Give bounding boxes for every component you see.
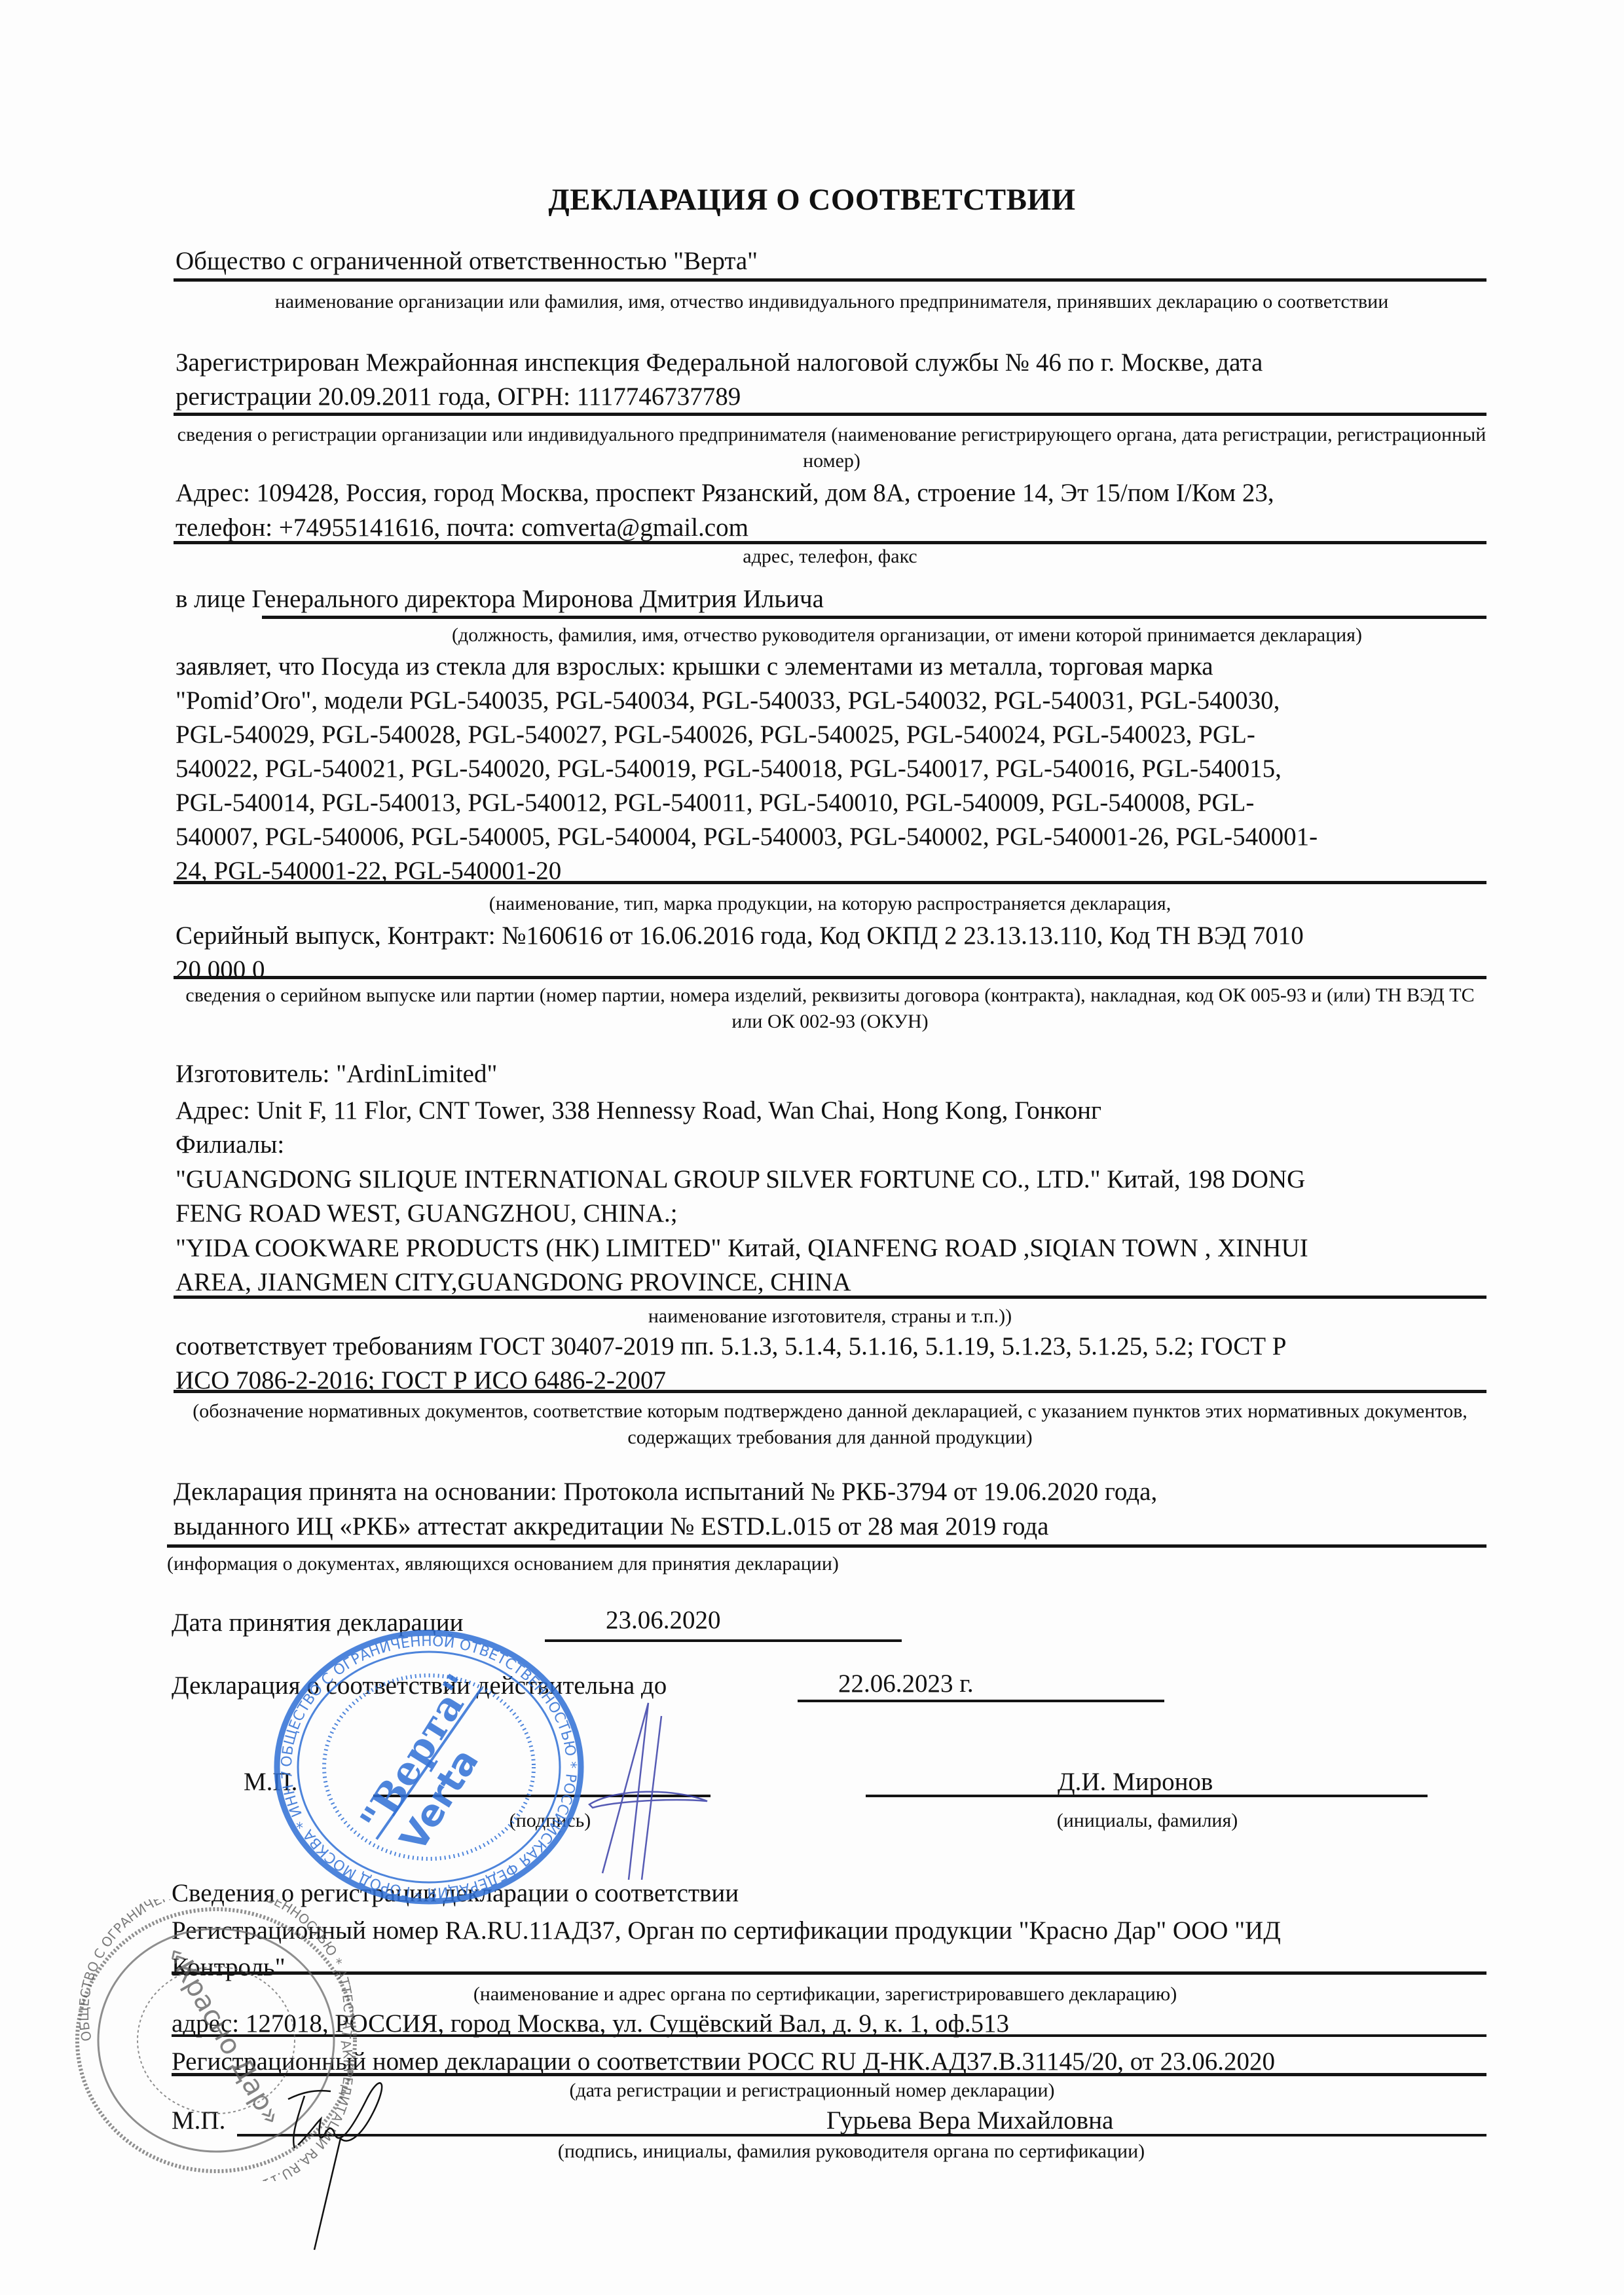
registration-body-line2: Контроль" — [172, 1950, 286, 1985]
branches-label: Филиалы: — [175, 1128, 284, 1162]
divider — [174, 1390, 1486, 1393]
applicant-name-caption: (инициалы, фамилия) — [997, 1808, 1298, 1834]
declaration-page: ДЕКЛАРАЦИЯ О СООТВЕТСТВИИ Общество с огр… — [0, 0, 1624, 2295]
divider — [167, 1544, 1486, 1548]
basis-line1: Декларация принята на основании: Протоко… — [174, 1475, 1157, 1509]
manufacturer-address: Адрес: Unit F, 11 Flor, CNT Tower, 338 H… — [175, 1094, 1101, 1128]
divider — [172, 1971, 1486, 1975]
divider — [174, 976, 1486, 979]
divider — [174, 413, 1486, 416]
product-line: PGL-540014, PGL-540013, PGL-540012, PGL-… — [175, 786, 1254, 820]
serial-caption: сведения о серийном выпуске или партии (… — [174, 982, 1486, 1035]
serial-line1: Серийный выпуск, Контракт: №160616 от 16… — [175, 919, 1304, 953]
divider — [262, 616, 1486, 619]
basis-line2: выданного ИЦ «РКБ» аттестат аккредитации… — [174, 1510, 1049, 1544]
svg-text:Verta: Verta — [392, 1742, 487, 1859]
certification-mp: М.П. — [172, 2104, 225, 2138]
accepted-date-line — [545, 1639, 902, 1642]
represented-by-caption: (должность, фамилия, имя, отчество руков… — [327, 622, 1486, 648]
branch1-line2: FENG ROAD WEST, GUANGZHOU, CHINA.; — [175, 1197, 678, 1231]
certification-head-caption: (подпись, инициалы, фамилия руководителя… — [458, 2138, 1244, 2165]
accepted-date-value: 23.06.2020 — [606, 1603, 721, 1637]
applicant-signature-icon — [511, 1690, 727, 1886]
branch2-line1: "YIDA COOKWARE PRODUCTS (HK) LIMITED" Ки… — [175, 1231, 1308, 1265]
valid-until-value: 22.06.2023 г. — [838, 1667, 974, 1701]
applicant-registration-caption: сведения о регистрации организации или и… — [177, 422, 1486, 474]
product-line: PGL-540029, PGL-540028, PGL-540027, PGL-… — [175, 718, 1255, 752]
product-line: 540022, PGL-540021, PGL-540020, PGL-5400… — [175, 752, 1282, 786]
branch2-line2: AREA, JIANGMEN CITY,GUANGDONG PROVINCE, … — [175, 1265, 851, 1299]
declaration-registration-caption: (дата регистрации и регистрационный номе… — [524, 2078, 1100, 2104]
accepted-date-label: Дата принятия декларации — [172, 1606, 463, 1640]
branch1-line1: "GUANGDONG SILIQUE INTERNATIONAL GROUP S… — [175, 1163, 1305, 1197]
divider — [174, 278, 1486, 282]
applicant-name-caption: наименование организации или фамилия, им… — [196, 289, 1467, 315]
applicant-address-line2: телефон: +74955141616, почта: comverta@g… — [175, 511, 748, 545]
applicant-address-caption: адрес, телефон, факс — [174, 544, 1486, 570]
applicant-address-line1: Адрес: 109428, Россия, город Москва, про… — [175, 476, 1274, 510]
basis-caption: (информация о документах, являющихся осн… — [167, 1551, 1018, 1577]
divider — [172, 2034, 1486, 2037]
applicant-name-line — [866, 1795, 1428, 1797]
standards-line1: соответствует требованиям ГОСТ 30407-201… — [175, 1330, 1286, 1364]
applicant-registration-line2: регистрации 20.09.2011 года, ОГРН: 11177… — [175, 380, 741, 414]
divider — [174, 1296, 1486, 1299]
product-line: "Pomid’Oro", модели PGL-540035, PGL-5400… — [175, 684, 1280, 718]
product-line: заявляет, что Посуда из стекла для взрос… — [175, 650, 1213, 684]
product-line: 540007, PGL-540006, PGL-540005, PGL-5400… — [175, 820, 1318, 854]
certification-head-name: Гурьева Вера Михайловна — [826, 2104, 1113, 2138]
manufacturer-name: Изготовитель: "ArdinLimited" — [175, 1057, 497, 1091]
certification-signature-icon — [275, 2073, 445, 2256]
applicant-registration-line1: Зарегистрирован Межрайонная инспекция Фе… — [175, 346, 1263, 380]
registration-body-line1: Регистрационный номер RA.RU.11АД37, Орга… — [172, 1914, 1281, 1948]
standards-caption: (обозначение нормативных документов, соо… — [174, 1398, 1486, 1451]
represented-by: в лице Генерального директора Миронова Д… — [175, 582, 824, 616]
valid-until-line — [798, 1700, 1164, 1702]
divider — [174, 881, 1486, 884]
product-caption: (наименование, тип, марка продукции, на … — [174, 891, 1486, 917]
document-title: ДЕКЛАРАЦИЯ О СООТВЕТСТВИИ — [0, 182, 1624, 217]
registration-body-caption: (наименование и адрес органа по сертифик… — [393, 1981, 1257, 2007]
manufacturer-caption: наименование изготовителя, страны и т.п.… — [174, 1303, 1486, 1330]
applicant-mp: М.П. — [244, 1765, 297, 1799]
applicant-name: Общество с ограниченной ответственностью… — [175, 244, 758, 278]
